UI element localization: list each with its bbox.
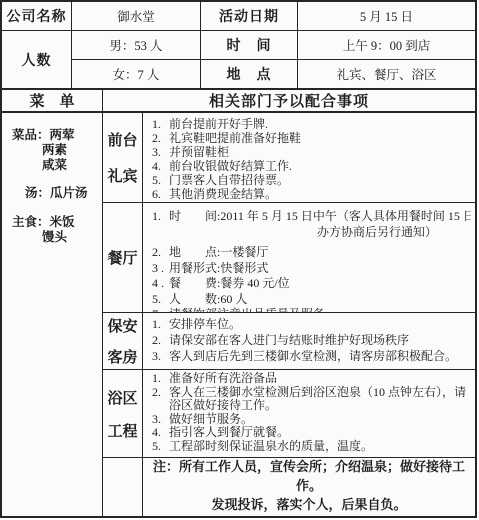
row-note: 注：所有工作人员，宣传会所；介绍温泉；做好接待工作。 发现投诉，落实个人，后果自… bbox=[103, 458, 475, 516]
dept-label-security: 保安 客房 bbox=[103, 313, 143, 369]
people-count-label: 人数 bbox=[2, 31, 72, 88]
item-text: 并预留鞋柜 bbox=[169, 145, 471, 159]
item-text: 客人在三楼御水堂检测后到浴区泡泉（10 点钟左右），请浴区做好接待工作。 bbox=[169, 386, 471, 413]
row-security-housekeeping: 保安 客房 1.安排停车位。 2.请保安部在客人进门与结账时维护好现场秩序 3.… bbox=[103, 313, 475, 370]
cooperation-header: 相关部门予以配合事项 bbox=[103, 90, 475, 111]
item-text: 请保安部在客人进门与结账时维护好现场秩序 bbox=[169, 332, 471, 348]
male-count-value: 男：53 人 bbox=[72, 31, 201, 60]
item-text: 其他消费现金结算。 bbox=[169, 187, 471, 201]
dept-label-line: 工程 bbox=[107, 420, 137, 441]
note-line: 注：所有工作人员，宣传会所；介绍温泉；做好接待工作。 bbox=[143, 458, 475, 495]
menu-dishes-line: 菜品：两荤 bbox=[2, 128, 102, 143]
item-number: 1. bbox=[152, 372, 169, 386]
main-table: 菜品：两荤 两素 咸菜 汤：瓜片汤 主食：米饭 馒头 前台 礼宾 1.前台提前开… bbox=[2, 113, 475, 516]
item-number: 4. bbox=[152, 426, 169, 440]
dept-label-line: 前台 bbox=[107, 129, 137, 150]
item-number: 2. bbox=[152, 386, 169, 400]
dept-label-line: 保安 bbox=[107, 315, 137, 336]
item-text: 前台收银做好结算工作. bbox=[169, 159, 471, 173]
list-item: 2.礼宾鞋吧提前准备好拖鞋 bbox=[152, 131, 471, 145]
event-date-label: 活动日期 bbox=[201, 2, 298, 31]
item-number: 2. bbox=[152, 245, 169, 261]
dept-label-bath-area: 浴区 工程 bbox=[103, 370, 143, 457]
list-item: 6.其他消费现金结算。 bbox=[152, 187, 471, 201]
list-item: 5.人 数:60 人 bbox=[152, 292, 471, 308]
item-text: 指引客人到餐厅就餐。 bbox=[169, 426, 471, 440]
note-text: 注：所有工作人员，宣传会所；介绍温泉；做好接待工作。 发现投诉，落实个人，后果自… bbox=[143, 458, 475, 516]
item-text: 准备好所有洗浴备品 bbox=[169, 372, 471, 386]
dept-label-front-desk: 前台 礼宾 bbox=[103, 113, 143, 202]
note-dept-spacer bbox=[103, 458, 143, 516]
row-front-desk: 前台 礼宾 1.前台提前开好手牌. 2.礼宾鞋吧提前准备好拖鞋 3.并预留鞋柜 … bbox=[103, 113, 475, 203]
item-text: 时 间:2011 年 5 月 15 日中午（客人具体用餐时间 15 日与主 办方… bbox=[169, 209, 471, 245]
task-list: 1.准备好所有洗浴备品 2.客人在三楼御水堂检测后到浴区泡泉（10 点钟左右），… bbox=[143, 370, 475, 457]
female-count-value: 女：7 人 bbox=[72, 60, 201, 88]
task-list: 1.安排停车位。 2.请保安部在客人进门与结账时维护好现场秩序 3.客人到店后先… bbox=[143, 313, 475, 369]
place-value: 礼宾、餐厅、浴区 bbox=[298, 60, 475, 88]
item-text: 人 数:60 人 bbox=[169, 292, 471, 308]
item-number: 2. bbox=[152, 332, 169, 348]
place-label: 地 点 bbox=[201, 60, 298, 88]
list-item: 3.做好细节服务。 bbox=[152, 413, 471, 427]
item-number: 1. bbox=[152, 209, 169, 225]
event-coordination-form: 公司名称 御水堂 活动日期 5 月 15 日 人数 男：53 人 时 间 上午 … bbox=[0, 0, 477, 518]
item-number: 3. bbox=[152, 413, 169, 427]
item-number: 3 . bbox=[152, 261, 169, 277]
item-number: 4 . bbox=[152, 276, 169, 292]
list-item: 3.并预留鞋柜 bbox=[152, 145, 471, 159]
item-number: 4. bbox=[152, 159, 169, 173]
item-text-line2: 办方协商后另行通知） bbox=[317, 225, 471, 241]
list-item: 1.准备好所有洗浴备品 bbox=[152, 372, 471, 386]
company-name-value: 御水堂 bbox=[72, 2, 201, 31]
item-number: 6. bbox=[152, 187, 169, 201]
dept-label-line: 餐厅 bbox=[107, 247, 137, 268]
item-number: 1. bbox=[152, 316, 169, 332]
item-number: 3. bbox=[152, 145, 169, 159]
menu-staple-line: 主食：米饭 bbox=[2, 215, 102, 230]
item-number: 1. bbox=[152, 117, 169, 131]
item-text: 门票客人自带招待票。 bbox=[169, 173, 471, 187]
item-text: 地 点:一楼餐厅 bbox=[169, 245, 471, 261]
task-list: 1.前台提前开好手牌. 2.礼宾鞋吧提前准备好拖鞋 3.并预留鞋柜 4.前台收银… bbox=[143, 113, 475, 202]
item-text: 餐 费:餐券 40 元/位 bbox=[169, 276, 471, 292]
item-number: 5. bbox=[152, 173, 169, 187]
item-text: 前台提前开好手牌. bbox=[169, 117, 471, 131]
list-item: 4 .餐 费:餐券 40 元/位 bbox=[152, 276, 471, 292]
section-header-row: 菜 单 相关部门予以配合事项 bbox=[2, 90, 475, 113]
row-restaurant: 餐厅 1. 时 间:2011 年 5 月 15 日中午（客人具体用餐时间 15 … bbox=[103, 203, 475, 313]
event-date-value: 5 月 15 日 bbox=[298, 2, 475, 31]
list-item: 5.门票客人自带招待票。 bbox=[152, 173, 471, 187]
department-rows: 前台 礼宾 1.前台提前开好手牌. 2.礼宾鞋吧提前准备好拖鞋 3.并预留鞋柜 … bbox=[103, 113, 475, 516]
item-text: 工程部时刻保证温泉水的质量，温度。 bbox=[169, 440, 471, 454]
item-number: 2. bbox=[152, 131, 169, 145]
dept-label-line: 客房 bbox=[107, 346, 137, 367]
time-label: 时 间 bbox=[201, 31, 298, 60]
item-number: 3. bbox=[152, 348, 169, 364]
menu-dishes-line: 咸菜 bbox=[2, 158, 102, 173]
company-name-label: 公司名称 bbox=[2, 2, 72, 31]
list-item: 1.安排停车位。 bbox=[152, 316, 471, 332]
list-item: 4.前台收银做好结算工作. bbox=[152, 159, 471, 173]
menu-dishes-line: 两素 bbox=[2, 143, 102, 158]
list-item: 2.地 点:一楼餐厅 bbox=[152, 245, 471, 261]
item-text: 礼宾鞋吧提前准备好拖鞋 bbox=[169, 131, 471, 145]
list-item: 2.客人在三楼御水堂检测后到浴区泡泉（10 点钟左右），请浴区做好接待工作。 bbox=[152, 386, 471, 413]
list-item: 3 .用餐形式:快餐形式 bbox=[152, 261, 471, 277]
time-value: 上午 9：00 到店 bbox=[298, 31, 475, 60]
row-bath-engineering: 浴区 工程 1.准备好所有洗浴备品 2.客人在三楼御水堂检测后到浴区泡泉（10 … bbox=[103, 370, 475, 458]
item-number: 5. bbox=[152, 292, 169, 308]
note-line: 发现投诉，落实个人，后果自负。 bbox=[143, 495, 475, 514]
list-item: 2.请保安部在客人进门与结账时维护好现场秩序 bbox=[152, 332, 471, 348]
list-item: 3.客人到店后先到三楼御水堂检测，请客房部积极配合。 bbox=[152, 348, 471, 364]
menu-header: 菜 单 bbox=[2, 90, 103, 111]
task-list: 1. 时 间:2011 年 5 月 15 日中午（客人具体用餐时间 15 日与主… bbox=[143, 203, 475, 312]
item-text: 客人到店后先到三楼御水堂检测，请客房部积极配合。 bbox=[169, 348, 471, 364]
list-item: 4.指引客人到餐厅就餐。 bbox=[152, 426, 471, 440]
item-text-line1: 时 间:2011 年 5 月 15 日中午（客人具体用餐时间 15 日与主 bbox=[169, 209, 471, 225]
dept-label-line: 礼宾 bbox=[107, 165, 137, 186]
dept-label-line: 浴区 bbox=[107, 387, 137, 408]
top-info-table: 公司名称 御水堂 活动日期 5 月 15 日 人数 男：53 人 时 间 上午 … bbox=[2, 2, 475, 90]
menu-soup-line: 汤：瓜片汤 bbox=[2, 186, 102, 201]
list-item: 5.工程部时刻保证温泉水的质量，温度。 bbox=[152, 440, 471, 454]
menu-column: 菜品：两荤 两素 咸菜 汤：瓜片汤 主食：米饭 馒头 bbox=[2, 113, 103, 516]
dept-label-restaurant: 餐厅 bbox=[103, 203, 143, 312]
list-item: 1.前台提前开好手牌. bbox=[152, 117, 471, 131]
item-number: 5. bbox=[152, 440, 169, 454]
list-item: 1. 时 间:2011 年 5 月 15 日中午（客人具体用餐时间 15 日与主… bbox=[152, 209, 471, 245]
menu-staple-line: 馒头 bbox=[2, 230, 102, 245]
item-text: 用餐形式:快餐形式 bbox=[169, 261, 471, 277]
item-text: 做好细节服务。 bbox=[169, 413, 471, 427]
item-text: 安排停车位。 bbox=[169, 316, 471, 332]
